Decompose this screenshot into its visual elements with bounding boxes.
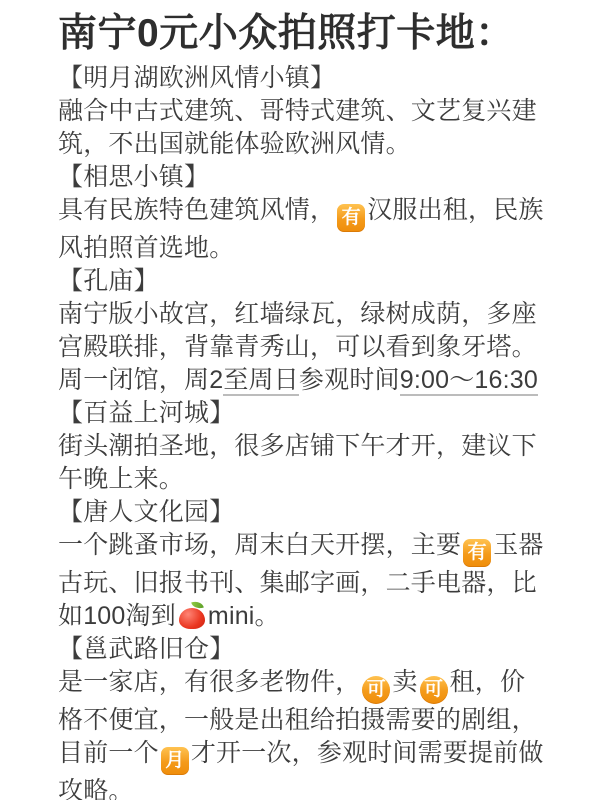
text-line: 融合中古式建筑、哥特式建筑、文艺复兴建 — [58, 95, 560, 128]
text-line: 【邕武路旧仓】 — [58, 633, 560, 666]
text-segment: 是一家店，有很多老物件， — [58, 668, 360, 696]
month-emoji-icon: 月 — [161, 747, 189, 775]
text-segment: 午晚上来。 — [58, 465, 184, 493]
have-emoji-icon: 有 — [463, 539, 491, 567]
text-segment: 攻略。 — [58, 777, 134, 800]
text-segment: 【明月湖欧洲风情小镇】 — [58, 64, 335, 92]
have-emoji-icon: 有 — [337, 204, 365, 232]
text-segment: 租，价 — [450, 668, 526, 696]
text-segment: 参观时间 — [299, 366, 400, 394]
text-line: 格不便宜，一般是出租给拍摄需要的剧组， — [58, 704, 560, 737]
text-line: 攻略。 — [58, 775, 560, 800]
text-segment: 【唐人文化园】 — [58, 498, 234, 526]
text-line: 午晚上来。 — [58, 463, 560, 496]
text-segment: 宫殿联排，背靠青秀山，可以看到象牙塔。 — [58, 333, 537, 361]
text-segment: 汉服出租，民族 — [367, 196, 543, 224]
text-segment: 南宁版小故宫，红墙绿瓦，绿树成荫，多座 — [58, 300, 537, 328]
text-line: 【唐人文化园】 — [58, 496, 560, 529]
text-line: 街头潮拍圣地，很多店铺下午才开，建议下 — [58, 430, 560, 463]
text-line: 一个跳蚤市场，周末白天开摆，主要有玉器 — [58, 529, 560, 567]
accept-emoji-icon: 可 — [362, 676, 390, 704]
text-segment: 玉器 — [493, 531, 543, 559]
text-segment: 【孔庙】 — [58, 267, 159, 295]
text-segment: 古玩、旧报书刊、集邮字画，二手电器，比 — [58, 569, 537, 597]
text-segment: 街头潮拍圣地，很多店铺下午才开，建议下 — [58, 432, 537, 460]
text-line: 具有民族特色建筑风情，有汉服出租，民族 — [58, 194, 560, 232]
content-lines: 【明月湖欧洲风情小镇】融合中古式建筑、哥特式建筑、文艺复兴建筑，不出国就能体验欧… — [58, 62, 560, 800]
apple-emoji-icon — [178, 601, 206, 629]
text-segment: 才开一次，参观时间需要提前做 — [191, 739, 544, 767]
text-segment: 一个跳蚤市场，周末白天开摆，主要 — [58, 531, 461, 559]
text-line: 【相思小镇】 — [58, 161, 560, 194]
text-line: 南宁版小故宫，红墙绿瓦，绿树成荫，多座 — [58, 298, 560, 331]
text-line: 如100淘到mini。 — [58, 600, 560, 633]
text-segment: mini。 — [208, 602, 280, 630]
text-line: 筑，不出国就能体验欧洲风情。 — [58, 128, 560, 161]
text-segment: 目前一个 — [58, 739, 159, 767]
text-segment: 【邕武路旧仓】 — [58, 635, 234, 663]
text-segment: 卖 — [392, 668, 417, 696]
text-segment: 格不便宜，一般是出租给拍摄需要的剧组， — [58, 706, 537, 734]
text-line: 目前一个月才开一次，参观时间需要提前做 — [58, 737, 560, 775]
text-line: 古玩、旧报书刊、集邮字画，二手电器，比 — [58, 567, 560, 600]
detected-datetime-link[interactable]: 至周日 — [223, 366, 299, 396]
detected-datetime-link[interactable]: 9:00～16:30 — [400, 366, 538, 396]
text-line: 宫殿联排，背靠青秀山，可以看到象牙塔。 — [58, 331, 560, 364]
text-segment: 【百益上河城】 — [58, 399, 234, 427]
text-line: 风拍照首选地。 — [58, 232, 560, 265]
text-line: 【明月湖欧洲风情小镇】 — [58, 62, 560, 95]
text-segment: 融合中古式建筑、哥特式建筑、文艺复兴建 — [58, 97, 537, 125]
text-segment: 具有民族特色建筑风情， — [58, 196, 335, 224]
text-segment: 如100淘到 — [58, 602, 176, 630]
text-line: 【百益上河城】 — [58, 397, 560, 430]
text-segment: 【相思小镇】 — [58, 163, 209, 191]
text-line: 【孔庙】 — [58, 265, 560, 298]
text-segment: 筑，不出国就能体验欧洲风情。 — [58, 130, 411, 158]
text-line: 周一闭馆，周2至周日参观时间9:00～16:30 — [58, 364, 560, 397]
text-segment: 周一闭馆，周2 — [58, 366, 223, 394]
note-page: 南宁0元小众拍照打卡地： 【明月湖欧洲风情小镇】融合中古式建筑、哥特式建筑、文艺… — [0, 0, 600, 800]
page-title: 南宁0元小众拍照打卡地： — [58, 8, 560, 60]
text-segment: 风拍照首选地。 — [58, 234, 234, 262]
text-line: 是一家店，有很多老物件，可卖可租，价 — [58, 666, 560, 704]
accept-emoji-icon: 可 — [420, 676, 448, 704]
